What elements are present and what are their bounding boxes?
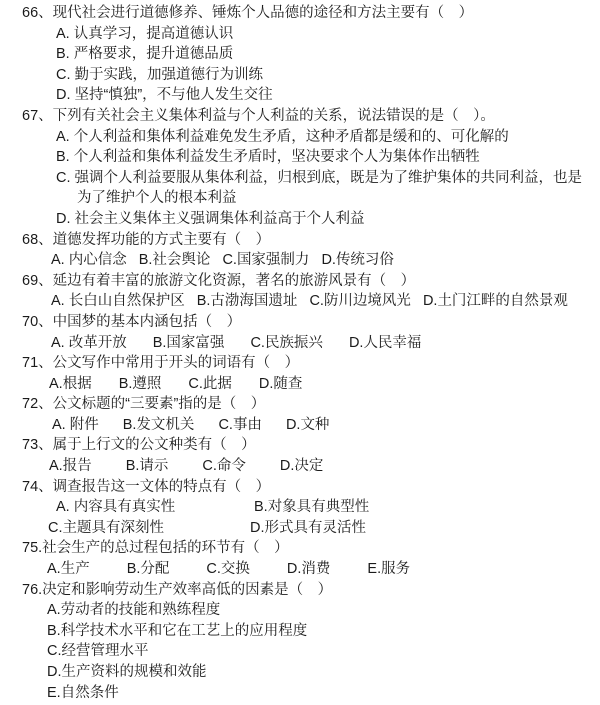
question-72-text: 公文标题的“三要素”指的是（ ） (53, 396, 266, 412)
question-68-option-d: D.传统习俗 (321, 252, 394, 268)
question-72-option-d: D.文种 (286, 417, 330, 433)
question-75-option-b: B.分配 (127, 561, 170, 577)
question-74-option-b: B.对象具有典型性 (254, 499, 369, 515)
question-71-text: 公文写作中常用于开头的词语有（ ） (53, 355, 300, 371)
question-69: 69、延边有着丰富的旅游文化资源，著名的旅游风景有（ ） A. 长白山自然保护区… (0, 271, 592, 312)
question-70-heading: 70、中国梦的基本内涵包括（ ） (0, 312, 592, 333)
question-69-option-d: D.土门江畔的自然景观 (423, 293, 568, 309)
question-68-option-b: B.社会舆论 (139, 252, 211, 268)
question-66-number: 66、 (22, 5, 53, 21)
question-74-heading: 74、调查报告这一文体的特点有（ ） (0, 477, 592, 498)
question-76-text: 决定和影响劳动生产效率高低的因素是（ ） (42, 582, 332, 598)
question-72-number: 72、 (22, 396, 53, 412)
question-74-option-a: A. 内容具有真实性 (56, 497, 254, 518)
question-75-option-e: E.服务 (367, 561, 410, 577)
question-72-options: A. 附件B.发文机关C.事由D.文种 (0, 415, 592, 436)
question-74: 74、调查报告这一文体的特点有（ ） A. 内容具有真实性B.对象具有典型性 C… (0, 477, 592, 539)
question-71-heading: 71、公文写作中常用于开头的词语有（ ） (0, 353, 592, 374)
question-67-option-d: D. 社会主义集体主义强调集体利益高于个人利益 (0, 209, 592, 230)
question-69-number: 69、 (22, 273, 53, 289)
question-69-options: A. 长白山自然保护区B.古渤海国遗址C.防川边境风光D.土门江畔的自然景观 (0, 291, 592, 312)
question-76: 76.决定和影响劳动生产效率高低的因素是（ ） A.劳动者的技能和熟练程度 B.… (0, 580, 592, 704)
question-67-number: 67、 (22, 108, 53, 124)
question-66-option-d: D. 坚持“慎独”，不与他人发生交往 (0, 85, 592, 106)
question-70-number: 70、 (22, 314, 53, 330)
question-74-options-row-2: C.主题具有深刻性D.形式具有灵活性 (0, 518, 592, 539)
question-72: 72、公文标题的“三要素”指的是（ ） A. 附件B.发文机关C.事由D.文种 (0, 394, 592, 435)
question-73-text: 属于上行文的公文种类有（ ） (53, 437, 256, 453)
question-67: 67、下列有关社会主义集体利益与个人利益的关系，说法错误的是（ ）。 A. 个人… (0, 106, 592, 230)
question-74-options-row-1: A. 内容具有真实性B.对象具有典型性 (0, 497, 592, 518)
question-66-option-c: C. 勤于实践，加强道德行为训练 (0, 65, 592, 86)
question-75: 75.社会生产的总过程包括的环节有（ ） A.生产B.分配C.交换D.消费E.服… (0, 538, 592, 579)
question-76-option-c: C.经营管理水平 (0, 641, 592, 662)
question-75-option-c: C.交换 (206, 561, 250, 577)
question-70-option-a: A. 改革开放 (51, 335, 127, 351)
question-76-option-d: D.生产资料的规模和效能 (0, 662, 592, 683)
question-70-option-d: D.人民幸福 (349, 335, 422, 351)
question-76-heading: 76.决定和影响劳动生产效率高低的因素是（ ） (0, 580, 592, 601)
question-68: 68、道德发挥功能的方式主要有（ ） A. 内心信念B.社会舆论C.国家强制力D… (0, 230, 592, 271)
exam-document: 66、现代社会进行道德修养、锤炼个人品德的途径和方法主要有（ ） A. 认真学习… (0, 0, 600, 703)
question-72-option-c: C.事由 (218, 417, 262, 433)
question-68-option-a: A. 内心信念 (51, 252, 127, 268)
question-67-option-c: C. 强调个人利益要服从集体利益，归根到底，既是为了维护集体的共同利益，也是为了… (0, 168, 592, 209)
question-71-options: A.根据B.遵照C.此据D.随查 (0, 374, 592, 395)
question-68-heading: 68、道德发挥功能的方式主要有（ ） (0, 230, 592, 251)
question-66-option-b: B. 严格要求，提升道德品质 (0, 44, 592, 65)
question-69-option-c: C.防川边境风光 (309, 293, 411, 309)
question-72-option-b: B.发文机关 (123, 417, 195, 433)
question-66-heading: 66、现代社会进行道德修养、锤炼个人品德的途径和方法主要有（ ） (0, 3, 592, 24)
question-68-number: 68、 (22, 232, 53, 248)
question-70: 70、中国梦的基本内涵包括（ ） A. 改革开放B.国家富强C.民族振兴D.人民… (0, 312, 592, 353)
question-66-text: 现代社会进行道德修养、锤炼个人品德的途径和方法主要有（ ） (53, 5, 474, 21)
question-67-text: 下列有关社会主义集体利益与个人利益的关系，说法错误的是（ ）。 (53, 108, 495, 124)
question-71: 71、公文写作中常用于开头的词语有（ ） A.根据B.遵照C.此据D.随查 (0, 353, 592, 394)
question-76-number: 76. (22, 582, 42, 598)
question-71-option-d: D.随查 (259, 376, 303, 392)
question-70-text: 中国梦的基本内涵包括（ ） (53, 314, 242, 330)
question-66: 66、现代社会进行道德修养、锤炼个人品德的途径和方法主要有（ ） A. 认真学习… (0, 3, 592, 106)
question-74-text: 调查报告这一文体的特点有（ ） (53, 479, 271, 495)
question-73-options: A.报告B.请示C.命令D.决定 (0, 456, 592, 477)
question-71-option-a: A.根据 (49, 376, 92, 392)
question-75-heading: 75.社会生产的总过程包括的环节有（ ） (0, 538, 592, 559)
question-69-option-a: A. 长白山自然保护区 (51, 293, 185, 309)
question-67-option-b: B. 个人利益和集体利益发生矛盾时，坚决要求个人为集体作出牺牲 (0, 147, 592, 168)
question-67-option-a: A. 个人利益和集体利益难免发生矛盾，这种矛盾都是缓和的、可化解的 (0, 127, 592, 148)
question-76-option-b: B.科学技术水平和它在工艺上的应用程度 (0, 621, 592, 642)
question-75-options: A.生产B.分配C.交换D.消费E.服务 (0, 559, 592, 580)
question-75-option-d: D.消费 (287, 561, 331, 577)
question-70-option-c: C.民族振兴 (250, 335, 323, 351)
question-74-option-c: C.主题具有深刻性 (48, 518, 250, 539)
question-66-option-a: A. 认真学习，提高道德认识 (0, 24, 592, 45)
question-69-heading: 69、延边有着丰富的旅游文化资源，著名的旅游风景有（ ） (0, 271, 592, 292)
question-73-number: 73、 (22, 437, 53, 453)
question-68-options: A. 内心信念B.社会舆论C.国家强制力D.传统习俗 (0, 250, 592, 271)
question-68-text: 道德发挥功能的方式主要有（ ） (53, 232, 271, 248)
question-68-option-c: C.国家强制力 (222, 252, 309, 268)
question-73-option-b: B.请示 (126, 458, 169, 474)
question-69-text: 延边有着丰富的旅游文化资源，著名的旅游风景有（ ） (53, 273, 416, 289)
question-71-option-b: B.遵照 (119, 376, 162, 392)
question-71-option-c: C.此据 (188, 376, 232, 392)
question-70-options: A. 改革开放B.国家富强C.民族振兴D.人民幸福 (0, 333, 592, 354)
question-67-heading: 67、下列有关社会主义集体利益与个人利益的关系，说法错误的是（ ）。 (0, 106, 592, 127)
question-71-number: 71、 (22, 355, 53, 371)
question-73-option-c: C.命令 (202, 458, 246, 474)
question-73: 73、属于上行文的公文种类有（ ） A.报告B.请示C.命令D.决定 (0, 435, 592, 476)
question-73-option-d: D.决定 (280, 458, 324, 474)
question-76-option-e: E.自然条件 (0, 683, 592, 704)
question-75-option-a: A.生产 (47, 561, 90, 577)
question-74-option-d: D.形式具有灵活性 (250, 520, 366, 536)
question-70-option-b: B.国家富强 (153, 335, 225, 351)
question-73-option-a: A.报告 (49, 458, 92, 474)
question-74-number: 74、 (22, 479, 53, 495)
question-72-option-a: A. 附件 (52, 417, 99, 433)
question-76-option-a: A.劳动者的技能和熟练程度 (0, 600, 592, 621)
question-75-text: 社会生产的总过程包括的环节有（ ） (42, 540, 289, 556)
question-75-number: 75. (22, 540, 42, 556)
question-73-heading: 73、属于上行文的公文种类有（ ） (0, 435, 592, 456)
question-72-heading: 72、公文标题的“三要素”指的是（ ） (0, 394, 592, 415)
question-69-option-b: B.古渤海国遗址 (197, 293, 298, 309)
